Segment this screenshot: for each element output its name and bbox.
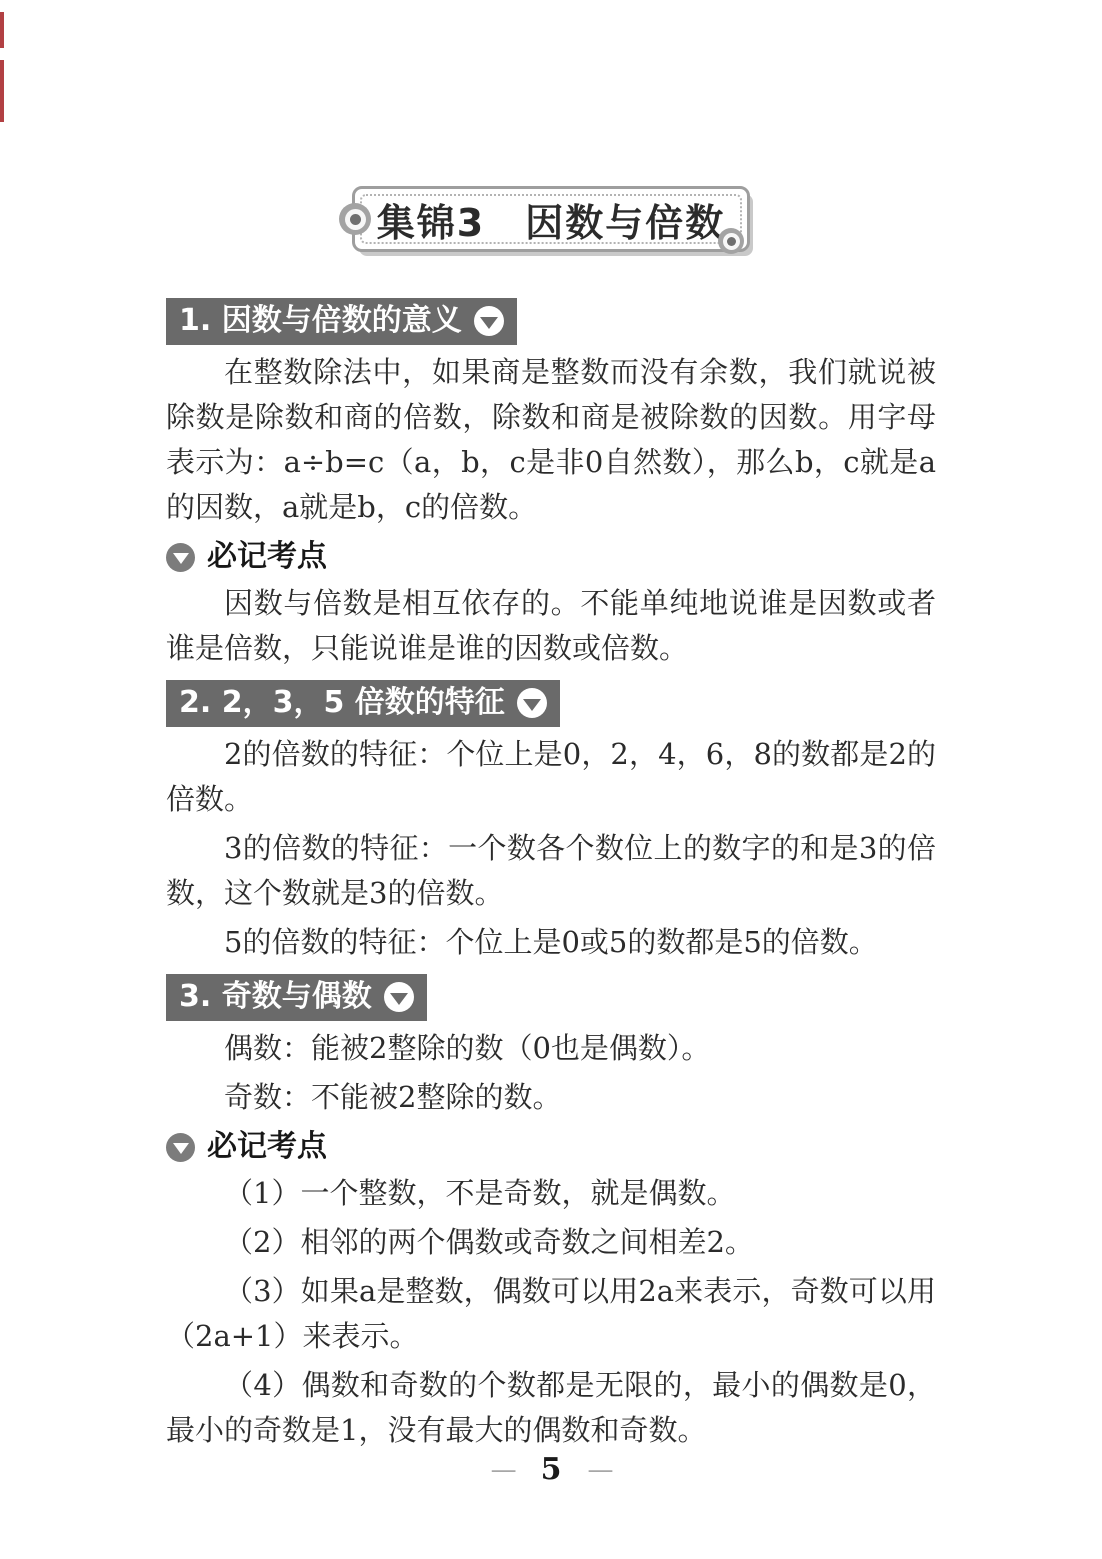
paragraph: 3的倍数的特征：一个数各个数位上的数字的和是3的倍数，这个数就是3的倍数。 — [166, 826, 936, 916]
section-header-2-label: 2. 2，3，5 倍数的特征 — [179, 685, 505, 721]
section-header-1-label: 1. 因数与倍数的意义 — [179, 303, 462, 339]
arrow-down-icon — [474, 306, 504, 336]
scan-artifact — [0, 12, 4, 48]
section-header-3: 3. 奇数与偶数 — [166, 974, 427, 1021]
arrow-down-icon — [166, 543, 195, 572]
arrow-down-icon — [384, 982, 414, 1012]
paragraph: 偶数：能被2整除的数（0也是偶数）。 — [166, 1026, 936, 1071]
paragraph: 因数与倍数是相互依存的。不能单纯地说谁是因数或者谁是倍数，只能说谁是谁的因数或倍… — [166, 581, 936, 671]
section-header-3-label: 3. 奇数与偶数 — [179, 979, 372, 1015]
paragraph: （1）一个整数，不是奇数，就是偶数。 — [166, 1171, 936, 1216]
paragraph: （4）偶数和奇数的个数都是无限的，最小的偶数是0，最小的奇数是1，没有最大的偶数… — [166, 1363, 936, 1453]
paragraph: 5的倍数的特征：个位上是0或5的数都是5的倍数。 — [166, 920, 936, 965]
page-content: 1. 因数与倍数的意义 在整数除法中，如果商是整数而没有余数，我们就说被除数是除… — [166, 298, 936, 1453]
keypoint-heading: 必记考点 — [166, 1127, 936, 1167]
chapter-title: 集锦3 因数与倍数 — [377, 192, 725, 247]
keypoint-label: 必记考点 — [207, 537, 327, 577]
rivet-icon-right — [718, 228, 744, 254]
paragraph: 在整数除法中，如果商是整数而没有余数，我们就说被除数是除数和商的倍数，除数和商是… — [166, 350, 936, 530]
page-number: 5 — [541, 1452, 562, 1487]
scan-artifact — [0, 60, 4, 122]
arrow-down-icon — [166, 1133, 195, 1162]
arrow-down-icon — [517, 688, 547, 718]
page-footer: — 5 — — [0, 1452, 1102, 1487]
footer-dash-right: — — [587, 1455, 611, 1485]
section-header-2: 2. 2，3，5 倍数的特征 — [166, 680, 560, 727]
section-header-1: 1. 因数与倍数的意义 — [166, 298, 517, 345]
chapter-banner: 集锦3 因数与倍数 — [352, 186, 750, 252]
footer-dash-left: — — [491, 1455, 515, 1485]
paragraph: 奇数：不能被2整除的数。 — [166, 1075, 936, 1120]
keypoint-heading: 必记考点 — [166, 537, 936, 577]
rivet-icon-left — [339, 203, 371, 235]
paragraph: 2的倍数的特征：个位上是0，2，4，6，8的数都是2的倍数。 — [166, 732, 936, 822]
paragraph: （3）如果a是整数，偶数可以用2a来表示，奇数可以用（2a+1）来表示。 — [166, 1269, 936, 1359]
paragraph: （2）相邻的两个偶数或奇数之间相差2。 — [166, 1220, 936, 1265]
keypoint-label: 必记考点 — [207, 1127, 327, 1167]
